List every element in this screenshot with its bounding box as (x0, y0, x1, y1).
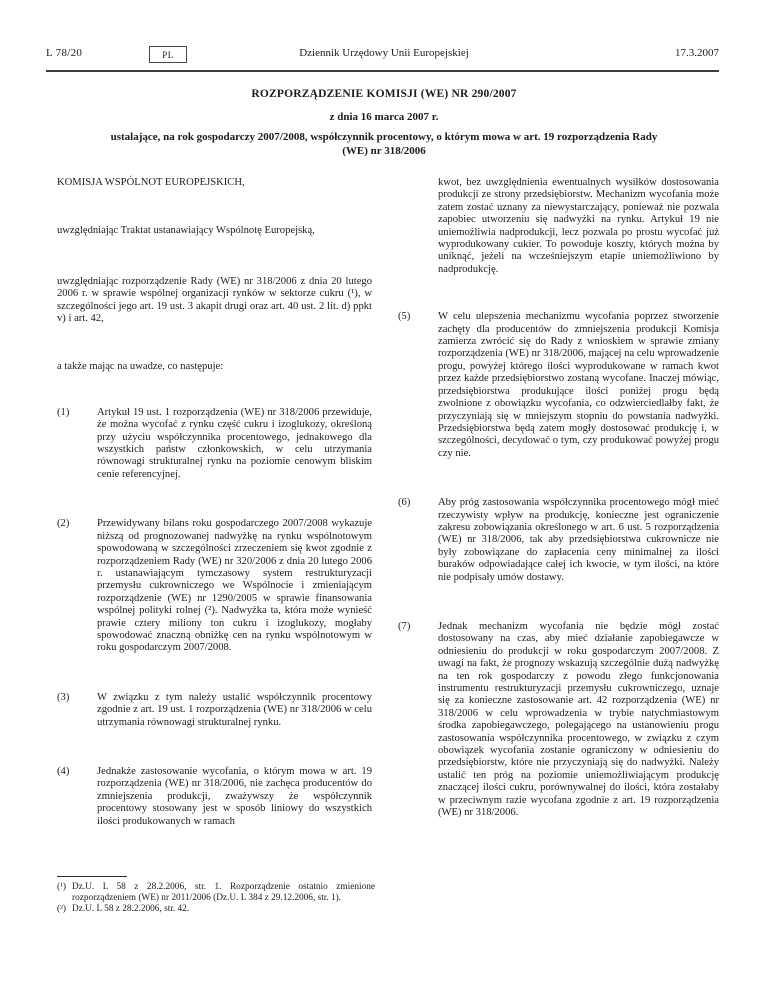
footnote-2: (²) Dz.U. L 58 z 28.2.2006, str. 42. (57, 904, 375, 915)
regulation-date: z dnia 16 marca 2007 r. (0, 111, 768, 123)
journal-title: Dziennik Urzędowy Unii Europejskiej (0, 47, 768, 59)
left-column: KOMISJA WSPÓLNOT EUROPEJSKICH, uwzględni… (57, 177, 372, 828)
preamble-text: a także mając na uwadze, co następuje: (57, 361, 372, 373)
footnote-marker: (²) (57, 904, 72, 915)
recital-2: (2) Przewidywany bilans roku gospodarcze… (57, 518, 372, 654)
regulation-subject: ustalające, na rok gospodarczy 2007/2008… (104, 131, 664, 158)
citation-treaty: uwzględniając Traktat ustanawiający Wspó… (57, 225, 372, 237)
recital-4: (4) Jednakże zastosowanie wycofania, o k… (57, 766, 372, 828)
right-column: kwot, bez uwzględnienia ewentualnych wys… (398, 177, 719, 819)
recital-number: (1) (57, 407, 97, 481)
recital-number: (6) (398, 497, 438, 584)
recital-text: Przewidywany bilans roku gospodarczego 2… (97, 518, 372, 654)
recital-text: W związku z tym należy ustalić współczyn… (97, 692, 372, 729)
recital-text: Aby próg zastosowania współczynnika proc… (438, 497, 719, 584)
footnote-text: Dz.U. L 58 z 28.2.2006, str. 42. (72, 904, 375, 915)
recital-number: (5) (398, 311, 438, 460)
recital-text: W celu ulepszenia mechanizmu wycofania p… (438, 311, 719, 460)
footnotes-block: (¹) Dz.U. L 58 z 28.2.2006, str. 1. Rozp… (57, 876, 375, 915)
recital-5: (5) W celu ulepszenia mechanizmu wycofan… (398, 311, 719, 460)
recital-text: Artykuł 19 ust. 1 rozporządzenia (WE) nr… (97, 407, 372, 481)
journal-page: L 78/20 PL Dziennik Urzędowy Unii Europe… (0, 0, 768, 994)
recital-7: (7) Jednak mechanizm wycofania nie będzi… (398, 621, 719, 820)
recital-number: (4) (57, 766, 97, 828)
footnote-marker: (¹) (57, 882, 72, 904)
recital-number: (3) (57, 692, 97, 729)
footnote-separator (57, 876, 127, 877)
recital-number: (2) (57, 518, 97, 654)
opening-text: KOMISJA WSPÓLNOT EUROPEJSKICH, (57, 177, 372, 189)
header-date: 17.3.2007 (675, 47, 719, 59)
header-rule (46, 70, 719, 72)
recital-3: (3) W związku z tym należy ustalić współ… (57, 692, 372, 729)
recital-text: Jednakże zastosowanie wycofania, o który… (97, 766, 372, 828)
recital-text: Jednak mechanizm wycofania nie będzie mó… (438, 621, 719, 820)
footnote-text: Dz.U. L 58 z 28.2.2006, str. 1. Rozporzą… (72, 882, 375, 904)
recital-1: (1) Artykuł 19 ust. 1 rozporządzenia (WE… (57, 407, 372, 481)
recital-number: (7) (398, 621, 438, 820)
citation-regulation: uwzględniając rozporządzenie Rady (WE) n… (57, 276, 372, 326)
recital-4-continuation: kwot, bez uwzględnienia ewentualnych wys… (398, 177, 719, 276)
regulation-title: ROZPORZĄDZENIE KOMISJI (WE) NR 290/2007 (0, 88, 768, 100)
footnote-1: (¹) Dz.U. L 58 z 28.2.2006, str. 1. Rozp… (57, 882, 375, 904)
recital-6: (6) Aby próg zastosowania współczynnika … (398, 497, 719, 584)
